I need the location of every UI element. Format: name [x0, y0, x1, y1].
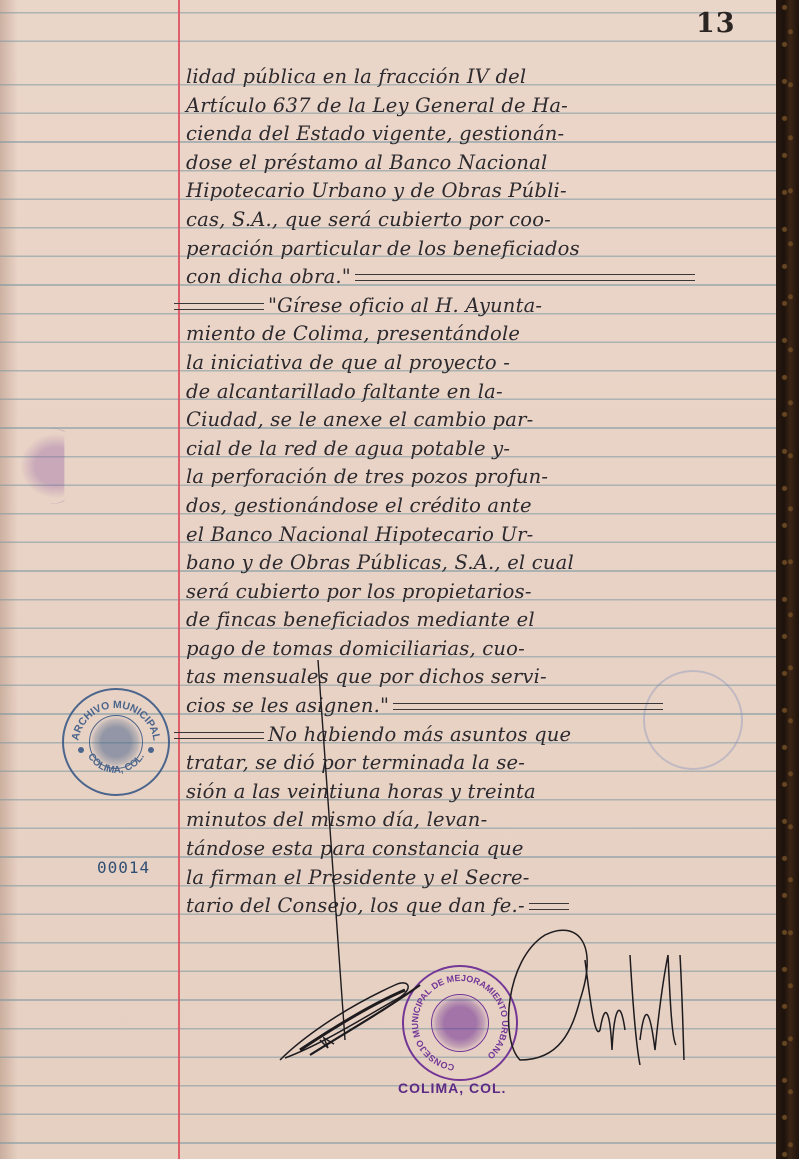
text-line: tratar, se dió por terminada la se-	[186, 749, 776, 778]
closing-double-rule	[393, 703, 663, 710]
text-line-with-rule: con dicha obra."	[186, 263, 776, 292]
book-binding	[776, 0, 799, 1159]
text-line: cas, S.A., que será cubierto por coo-	[186, 206, 776, 235]
opening-double-rule	[174, 303, 264, 310]
text-line: la perforación de tres pozos profun-	[186, 463, 776, 492]
stamp-ring-text: ARCHIVO MUNICIPAL COLIMA, COL.	[64, 690, 168, 794]
folio-number: 00014	[97, 858, 150, 877]
text-line: minutos del mismo día, levan-	[186, 806, 776, 835]
text-line: tario del Consejo, los que dan fe.-	[186, 894, 525, 917]
svg-text:COLIMA, COL.: COLIMA, COL.	[85, 751, 147, 776]
archivo-municipal-stamp: ARCHIVO MUNICIPAL COLIMA, COL.	[62, 688, 170, 796]
handwritten-text: lidad pública en la fracción IV del Artí…	[186, 63, 776, 921]
consejo-municipal-stamp: CONSEJO MUNICIPAL DE MEJORAMIENTO URBANO	[402, 965, 518, 1081]
text-line: será cubierto por los propietarios-	[186, 578, 776, 607]
text-line: de fincas beneficiados mediante el	[186, 606, 776, 635]
text-line: Artículo 637 de la Ley General de Ha-	[186, 92, 776, 121]
svg-text:CONSEJO MUNICIPAL DE MEJORAMIE: CONSEJO MUNICIPAL DE MEJORAMIENTO URBANO	[410, 973, 510, 1073]
text-line: lidad pública en la fracción IV del	[186, 63, 776, 92]
text-line: cial de la red de agua potable y-	[186, 435, 776, 464]
text-line: cienda del Estado vigente, gestionán-	[186, 120, 776, 149]
text-line: tándose esta para constancia que	[186, 835, 776, 864]
text-line-with-rule: cios se les asignen."	[186, 692, 776, 721]
text-line: sión a las veintiuna horas y treinta	[186, 778, 776, 807]
opening-double-rule	[174, 732, 264, 739]
text-line: con dicha obra."	[186, 265, 351, 288]
text-line: cios se les asignen."	[186, 694, 389, 717]
closing-double-rule	[355, 274, 695, 281]
closing-double-rule	[529, 903, 569, 910]
text-line: Hipotecario Urbano y de Obras Públi-	[186, 177, 776, 206]
text-line: la iniciativa de que al proyecto -	[186, 349, 776, 378]
text-line: el Banco Nacional Hipotecario Ur-	[186, 521, 776, 550]
text-line: de alcantarillado faltante en la-	[186, 378, 776, 407]
text-line: dose el préstamo al Banco Nacional	[186, 149, 776, 178]
text-line: Ciudad, se le anexe el cambio par-	[186, 406, 776, 435]
text-line-with-rule: "Gírese oficio al H. Ayunta-	[186, 292, 776, 321]
text-line: pago de tomas domiciliarias, cuo-	[186, 635, 776, 664]
text-line: bano y de Obras Públicas, S.A., el cual	[186, 549, 776, 578]
text-line: "Gírese oficio al H. Ayunta-	[268, 294, 542, 317]
text-line: dos, gestionándose el crédito ante	[186, 492, 776, 521]
red-margin-line	[178, 0, 180, 1159]
stamp-city-label: COLIMA, COL.	[398, 1080, 506, 1096]
text-line: la firman el Presidente y el Secre-	[186, 864, 776, 893]
text-line: tas mensuales que por dichos servi-	[186, 663, 776, 692]
text-line: No habiendo más asuntos que	[268, 723, 571, 746]
text-line-with-rule: No habiendo más asuntos que	[186, 721, 776, 750]
text-line: peración particular de los beneficiados	[186, 235, 776, 264]
text-line-with-rule: tario del Consejo, los que dan fe.-	[186, 892, 776, 921]
svg-text:ARCHIVO MUNICIPAL: ARCHIVO MUNICIPAL	[69, 699, 162, 742]
text-line: miento de Colima, presentándole	[186, 320, 776, 349]
stamp-ring-text: CONSEJO MUNICIPAL DE MEJORAMIENTO URBANO	[404, 967, 516, 1079]
page-number: 13	[696, 8, 736, 39]
